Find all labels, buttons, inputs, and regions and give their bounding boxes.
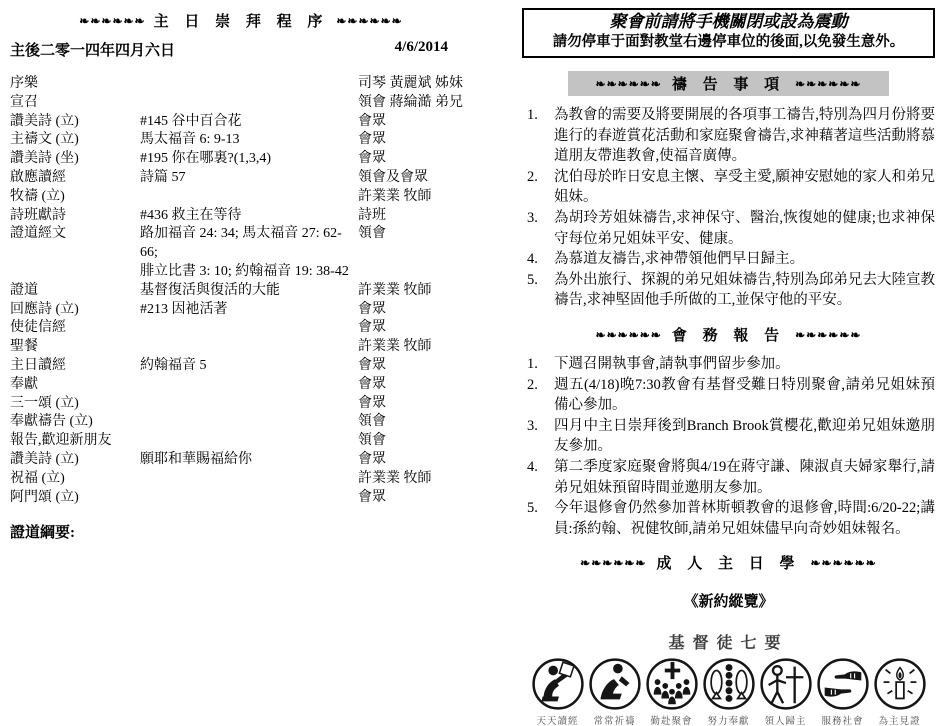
prayer-items-header-text: 禱 告 事 項 (672, 77, 785, 93)
program-row: 使徒信經會眾 (10, 319, 472, 338)
seven-essentials-title: 基督徒七要 (522, 630, 935, 653)
program-row: 證道基督復活與復活的大能許業業 牧師 (10, 282, 472, 301)
program-content-line: #145 谷中百合花 (140, 113, 358, 132)
church-report-header-text: 會 務 報 告 (672, 328, 785, 344)
program-row: 讚美詩 (坐)#195 你在哪裏?(1,3,4)會眾 (10, 150, 472, 169)
prayer-item: 2.沈伯母於昨日安息主懷、享受主愛,願神安慰她的家人和弟兄姐妹。 (522, 167, 935, 208)
prayer-item: 3.為胡玲芳姐妹禱告,求神保守、醫治,恢復她的健康;也求神保守每位弟兄姐妹平安、… (522, 208, 935, 249)
program-content-line: 願耶和華賜福給你 (140, 451, 358, 470)
program-item: 宣召 (10, 94, 140, 113)
announcements-column: 聚會前請將手機關閉或設為震動 請勿停車于面對教堂右邊停車位的後面,以免發生意外。… (522, 8, 935, 726)
list-text: 為胡玲芳姐妹禱告,求神保守、醫治,恢復她的健康;也求神保守每位弟兄姐妹平安、健康… (554, 208, 935, 249)
program-person: 會眾 (358, 489, 472, 508)
program-row: 讚美詩 (立)#145 谷中百合花會眾 (10, 113, 472, 132)
ornament-icon: ❧❧❧❧❧❧ (795, 328, 861, 342)
page-title-text: 主 日 崇 拜 程 序 (154, 14, 329, 30)
gathering-icon (643, 657, 700, 711)
program-person: 會眾 (358, 357, 472, 376)
church-report-header: ❧❧❧❧❧❧會 務 報 告❧❧❧❧❧❧ (522, 324, 935, 345)
program-item: 序樂 (10, 75, 140, 94)
list-text: 週五(4/18)晚7:30教會有基督受難日特別聚會,請弟兄姐妹預備心參加。 (554, 375, 935, 416)
program-item: 詩班獻詩 (10, 207, 140, 226)
reading-icon (529, 657, 586, 711)
program-row: 奉獻會眾 (10, 376, 472, 395)
program-content-line: #436 救主在等待 (140, 207, 358, 226)
program-content: 馬太福音 6: 9-13 (140, 131, 358, 150)
notice-box: 聚會前請將手機關閉或設為震動 請勿停車于面對教堂右邊停車位的後面,以免發生意外。 (522, 8, 935, 58)
program-item: 回應詩 (立) (10, 301, 140, 320)
program-item: 奉獻 (10, 376, 140, 395)
list-number: 5. (522, 498, 554, 539)
program-row: 聖餐許業業 牧師 (10, 338, 472, 357)
ornament-icon: ❧❧❧❧❧❧ (336, 14, 402, 28)
program-item: 啟應讀經 (10, 169, 140, 188)
prayer-items-list: 1.為教會的需要及將要開展的各項事工禱告,特別為四月份將要進行的春遊賞花活動和家… (522, 105, 935, 311)
program-content: 路加福音 24: 34; 馬太福音 27: 62-66;腓立比書 3: 10; … (140, 225, 358, 281)
program-item: 三一頌 (立) (10, 395, 140, 414)
page-title: ❧❧❧❧❧❧主 日 崇 拜 程 序❧❧❧❧❧❧ (10, 10, 472, 31)
list-number: 2. (522, 167, 554, 208)
program-item: 阿門頌 (立) (10, 489, 140, 508)
program-item: 讚美詩 (坐) (10, 150, 140, 169)
witness-icon (871, 657, 928, 711)
list-number: 3. (522, 416, 554, 457)
church-report-list: 1.下週召開執事會,請執事們留步參加。2.週五(4/18)晚7:30教會有基督受… (522, 354, 935, 539)
program-person: 會眾 (358, 319, 472, 338)
program-person: 會眾 (358, 451, 472, 470)
praying-icon (586, 657, 643, 711)
seven-essentials-icons: 天天讀經常常祈禱勤赴聚會努力奉獻領人歸主服務社會為主見證 (522, 657, 935, 726)
seven-essential-item: 領人歸主 (757, 657, 814, 726)
seven-essential-caption: 努力奉獻 (700, 713, 757, 726)
worship-program-column: ❧❧❧❧❧❧主 日 崇 拜 程 序❧❧❧❧❧❧ 主後二零一四年四月六日 4/6/… (10, 10, 472, 542)
ornament-icon: ❧❧❧❧❧❧ (596, 328, 662, 342)
list-number: 1. (522, 105, 554, 167)
program-person: 會眾 (358, 150, 472, 169)
program-row: 回應詩 (立)#213 因祂活著會眾 (10, 301, 472, 320)
program-person: 會眾 (358, 376, 472, 395)
program-person: 領會 蔣綸澔 弟兄 (358, 94, 472, 113)
report-item: 5.今年退修會仍然參加普林斯頓教會的退修會,時間:6/20-22;講員:孫約翰、… (522, 498, 935, 539)
list-text: 為外出旅行、探親的弟兄姐妹禱告,特別為邱弟兄去大陸宣教禱告,求神堅固他手所做的工… (554, 270, 935, 311)
program-person: 領會 (358, 432, 472, 451)
program-content-line: 詩篇 57 (140, 169, 358, 188)
program-content: 願耶和華賜福給你 (140, 451, 358, 470)
seven-essential-item: 服務社會 (814, 657, 871, 726)
ornament-icon: ❧❧❧❧❧❧ (596, 77, 662, 91)
notice-line-2: 請勿停車于面對教堂右邊停車位的後面,以免發生意外。 (526, 32, 931, 52)
program-content: 基督復活與復活的大能 (140, 282, 358, 301)
seven-essential-item: 為主見證 (871, 657, 928, 726)
list-text: 下週召開執事會,請執事們留步參加。 (554, 354, 935, 375)
offering-icon (700, 657, 757, 711)
program-row: 證道經文路加福音 24: 34; 馬太福音 27: 62-66;腓立比書 3: … (10, 225, 472, 281)
ornament-icon: ❧❧❧❧❧❧ (811, 556, 877, 570)
program-row: 詩班獻詩#436 救主在等待詩班 (10, 207, 472, 226)
prayer-item: 1.為教會的需要及將要開展的各項事工禱告,特別為四月份將要進行的春遊賞花活動和家… (522, 105, 935, 167)
prayer-item: 5.為外出旅行、探親的弟兄姐妹禱告,特別為邱弟兄去大陸宣教禱告,求神堅固他手所做… (522, 270, 935, 311)
serving-icon (814, 657, 871, 711)
program-content-line: 約翰福音 5 (140, 357, 358, 376)
program-item: 讚美詩 (立) (10, 113, 140, 132)
program-content-line: 基督復活與復活的大能 (140, 282, 358, 301)
program-row: 序樂司琴 黃麗斌 姊妹 (10, 75, 472, 94)
seven-essential-caption: 常常祈禱 (586, 713, 643, 726)
program-person: 許業業 牧師 (358, 282, 472, 301)
ornament-icon: ❧❧❧❧❧❧ (79, 14, 145, 28)
program-person: 許業業 牧師 (358, 188, 472, 207)
program-row: 報告,歡迎新朋友領會 (10, 432, 472, 451)
list-number: 4. (522, 249, 554, 270)
sunday-school-header-text: 成 人 主 日 學 (656, 556, 800, 572)
program-content: #145 谷中百合花 (140, 113, 358, 132)
list-number: 1. (522, 354, 554, 375)
leading-icon (757, 657, 814, 711)
sunday-school-header: ❧❧❧❧❧❧成 人 主 日 學❧❧❧❧❧❧ (522, 552, 935, 573)
seven-essential-caption: 天天讀經 (529, 713, 586, 726)
seven-essential-caption: 勤赴聚會 (643, 713, 700, 726)
report-item: 3.四月中主日崇拜後到Branch Brook賞櫻花,歡迎弟兄姐妹邀朋友參加。 (522, 416, 935, 457)
prayer-items-header: ❧❧❧❧❧❧禱 告 事 項❧❧❧❧❧❧ (568, 71, 889, 96)
list-text: 沈伯母於昨日安息主懷、享受主愛,願神安慰她的家人和弟兄姐妹。 (554, 167, 935, 208)
program-person: 許業業 牧師 (358, 470, 472, 489)
program-content-line: 腓立比書 3: 10; 約翰福音 19: 38-42 (140, 263, 358, 282)
program-content: #436 救主在等待 (140, 207, 358, 226)
list-text: 今年退修會仍然參加普林斯頓教會的退修會,時間:6/20-22;講員:孫約翰、祝健… (554, 498, 935, 539)
program-person: 會眾 (358, 301, 472, 320)
list-text: 四月中主日崇拜後到Branch Brook賞櫻花,歡迎弟兄姐妹邀朋友參加。 (554, 416, 935, 457)
seven-essential-caption: 服務社會 (814, 713, 871, 726)
bulletin-page: ❧❧❧❧❧❧主 日 崇 拜 程 序❧❧❧❧❧❧ 主後二零一四年四月六日 4/6/… (0, 0, 943, 726)
report-item: 1.下週召開執事會,請執事們留步參加。 (522, 354, 935, 375)
program-person: 領會及會眾 (358, 169, 472, 188)
program-row: 三一頌 (立)會眾 (10, 395, 472, 414)
list-text: 為教會的需要及將要開展的各項事工禱告,特別為四月份將要進行的春遊賞花活動和家庭聚… (554, 105, 935, 167)
program-content: 詩篇 57 (140, 169, 358, 188)
program-content-line: #195 你在哪裏?(1,3,4) (140, 150, 358, 169)
program-person: 會眾 (358, 395, 472, 414)
program-person: 許業業 牧師 (358, 338, 472, 357)
program-content: #195 你在哪裏?(1,3,4) (140, 150, 358, 169)
date-numeric: 4/6/2014 (395, 39, 448, 60)
notice-line-1: 聚會前請將手機關閉或設為震動 (526, 11, 931, 32)
program-row: 讚美詩 (立)願耶和華賜福給你會眾 (10, 451, 472, 470)
program-row: 阿門頌 (立)會眾 (10, 489, 472, 508)
program-table: 序樂司琴 黃麗斌 姊妹宣召領會 蔣綸澔 弟兄讚美詩 (立)#145 谷中百合花會… (10, 75, 472, 507)
program-row: 主禱文 (立)馬太福音 6: 9-13會眾 (10, 131, 472, 150)
seven-essential-item: 努力奉獻 (700, 657, 757, 726)
list-text: 第二季度家庭聚會將與4/19在蔣守謙、陳淑貞夫婦家舉行,請弟兄姐妹預留時間並邀朋… (554, 457, 935, 498)
report-item: 2.週五(4/18)晚7:30教會有基督受難日特別聚會,請弟兄姐妹預備心參加。 (522, 375, 935, 416)
program-item: 牧禱 (立) (10, 188, 140, 207)
program-row: 奉獻禱告 (立)領會 (10, 413, 472, 432)
seven-essential-item: 天天讀經 (529, 657, 586, 726)
program-person: 會眾 (358, 113, 472, 132)
program-item: 祝福 (立) (10, 470, 140, 489)
list-text: 為慕道友禱告,求神帶領他們早日歸主。 (554, 249, 935, 270)
program-content-line: 馬太福音 6: 9-13 (140, 131, 358, 150)
list-number: 4. (522, 457, 554, 498)
program-content-line: #213 因祂活著 (140, 301, 358, 320)
report-item: 4.第二季度家庭聚會將與4/19在蔣守謙、陳淑貞夫婦家舉行,請弟兄姐妹預留時間並… (522, 457, 935, 498)
program-row: 啟應讀經詩篇 57領會及會眾 (10, 169, 472, 188)
program-item: 主日讀經 (10, 357, 140, 376)
program-person: 詩班 (358, 207, 472, 226)
date-line: 主後二零一四年四月六日 4/6/2014 (10, 39, 472, 60)
program-content: 約翰福音 5 (140, 357, 358, 376)
seven-essential-caption: 為主見證 (871, 713, 928, 726)
list-number: 2. (522, 375, 554, 416)
seven-essential-item: 勤赴聚會 (643, 657, 700, 726)
program-item: 使徒信經 (10, 319, 140, 338)
sermon-outline-label: 證道綱要: (10, 521, 472, 542)
seven-essentials-section: 基督徒七要 天天讀經常常祈禱勤赴聚會努力奉獻領人歸主服務社會為主見證 (522, 630, 935, 726)
sunday-school-book-title: 《新約縱覽》 (522, 590, 935, 611)
date-chinese: 主後二零一四年四月六日 (10, 39, 175, 60)
ornament-icon: ❧❧❧❧❧❧ (580, 556, 646, 570)
program-item: 證道經文 (10, 225, 140, 244)
program-person: 司琴 黃麗斌 姊妹 (358, 75, 472, 94)
program-row: 主日讀經約翰福音 5會眾 (10, 357, 472, 376)
program-item: 讚美詩 (立) (10, 451, 140, 470)
program-item: 報告,歡迎新朋友 (10, 432, 140, 451)
list-number: 5. (522, 270, 554, 311)
program-row: 宣召領會 蔣綸澔 弟兄 (10, 94, 472, 113)
program-person: 領會 (358, 413, 472, 432)
program-row: 祝福 (立)許業業 牧師 (10, 470, 472, 489)
program-content-line: 路加福音 24: 34; 馬太福音 27: 62-66; (140, 225, 358, 263)
seven-essential-caption: 領人歸主 (757, 713, 814, 726)
program-content: #213 因祂活著 (140, 301, 358, 320)
ornament-icon: ❧❧❧❧❧❧ (795, 77, 861, 91)
list-number: 3. (522, 208, 554, 249)
program-item: 主禱文 (立) (10, 131, 140, 150)
program-item: 聖餐 (10, 338, 140, 357)
seven-essential-item: 常常祈禱 (586, 657, 643, 726)
program-item: 奉獻禱告 (立) (10, 413, 140, 432)
program-item: 證道 (10, 282, 140, 301)
program-person: 領會 (358, 225, 472, 244)
prayer-item: 4.為慕道友禱告,求神帶領他們早日歸主。 (522, 249, 935, 270)
program-person: 會眾 (358, 131, 472, 150)
program-row: 牧禱 (立)許業業 牧師 (10, 188, 472, 207)
